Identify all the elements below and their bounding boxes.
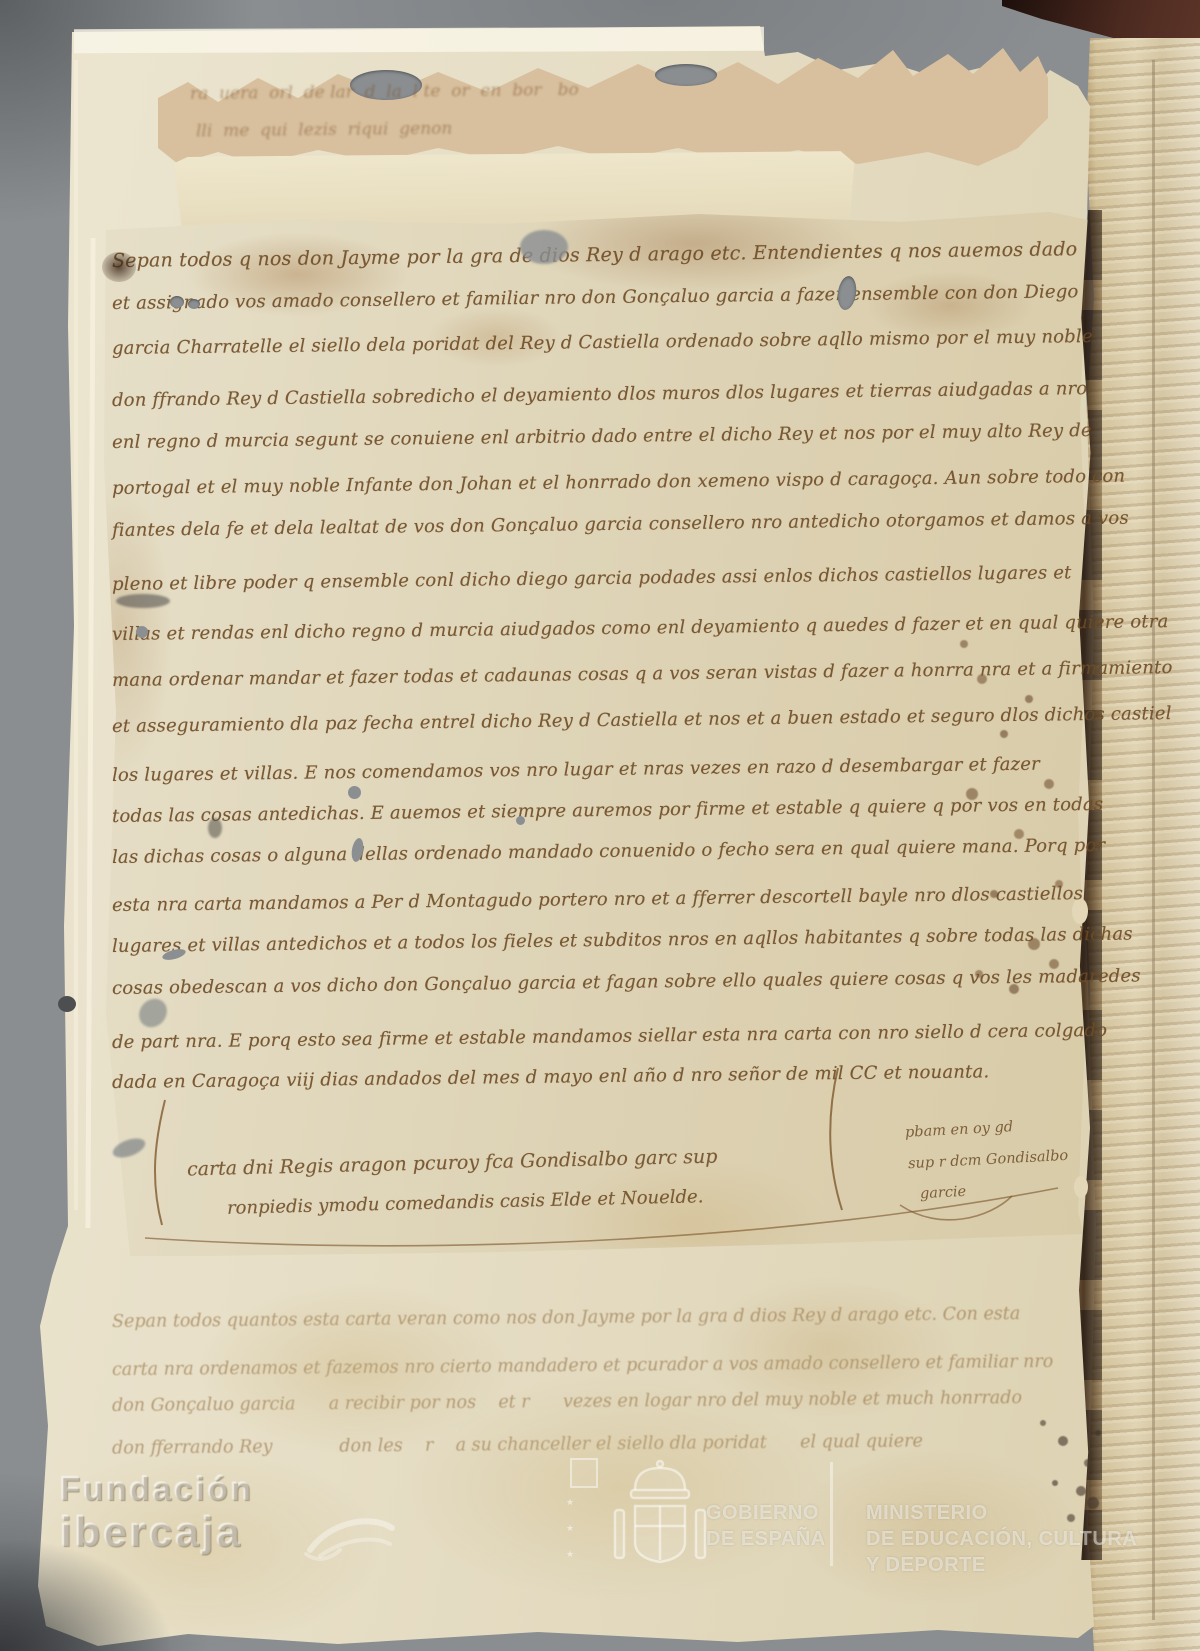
paper-loss-patch (520, 230, 568, 264)
manuscript-photo: ra uera orl de lar d la l te or en bor b… (0, 0, 1200, 1651)
worm-hole (188, 299, 200, 309)
ibercaja-watermark-line2: ibercaja (60, 1508, 243, 1556)
flag-bar (570, 1458, 598, 1488)
mold-specks (1040, 1420, 1046, 1426)
spain-coat-of-arms-icon (605, 1458, 715, 1598)
gobierno-watermark-line1: GOBIERNO (706, 1502, 819, 1525)
worm-hole (170, 296, 184, 308)
gobierno-watermark-line2: DE ESPAÑA (706, 1528, 826, 1551)
star-icon: ★ (566, 1550, 574, 1560)
star-icon: ★ (566, 1524, 574, 1534)
foxing-spots (960, 640, 968, 648)
ministerio-watermark-line1: MINISTERIO (866, 1502, 988, 1525)
ink-smudge (116, 594, 170, 608)
worm-hole (348, 786, 361, 799)
water-stains (40, 1250, 1090, 1646)
watermark-divider (830, 1462, 833, 1566)
dark-spot (58, 996, 76, 1012)
worm-hole (136, 626, 148, 638)
swan-flourish-icon (300, 1498, 400, 1568)
worm-hole (516, 816, 525, 825)
ink-blot (102, 252, 136, 282)
star-icon: ★ (566, 1498, 574, 1508)
ibercaja-watermark-line1: Fundación (60, 1470, 254, 1508)
ministerio-watermark-line2: DE EDUCACIÓN, CULTURA (866, 1528, 1137, 1551)
corner-shadow (0, 1540, 170, 1651)
ink-smudge (208, 818, 222, 838)
ministerio-watermark-line3: Y DEPORTE (866, 1554, 986, 1577)
